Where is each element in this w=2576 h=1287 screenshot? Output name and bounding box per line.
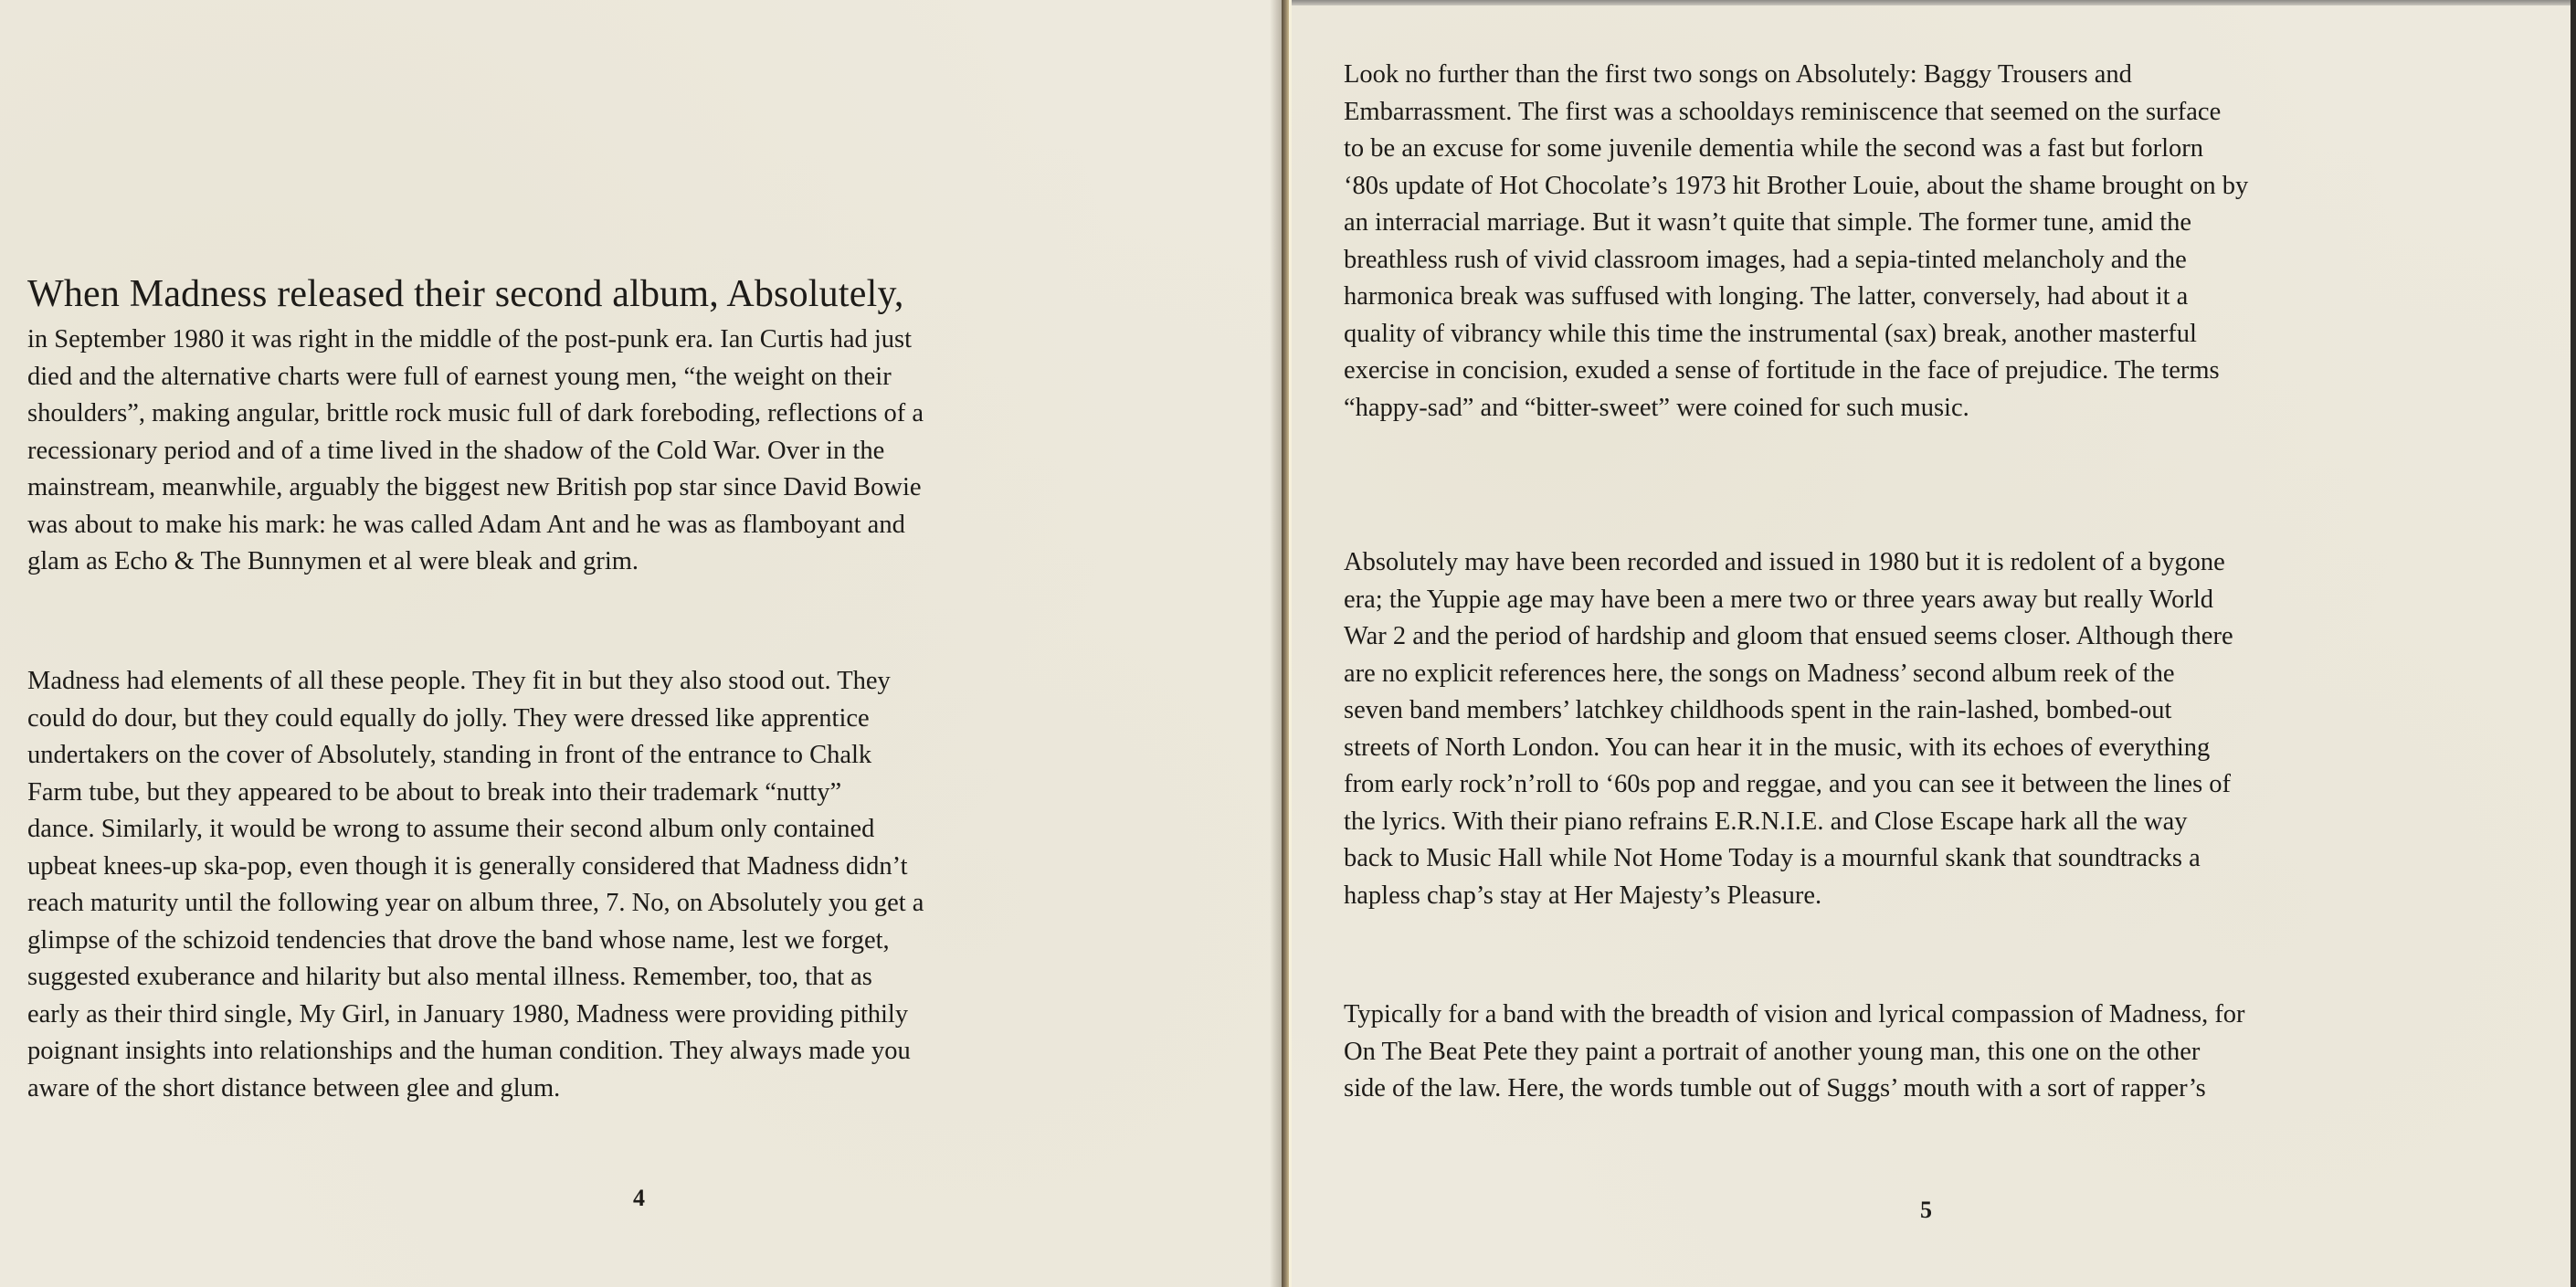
text-line: recessionary period and of a time lived …: [27, 433, 924, 470]
text-line: in September 1980 it was right in the mi…: [27, 322, 924, 359]
text-line: harmonica break was suffused with longin…: [1344, 279, 2248, 316]
text-line: On The Beat Pete they paint a portrait o…: [1344, 1034, 2245, 1071]
text-line: poignant insights into relationships and…: [27, 1033, 924, 1071]
left-paragraph-2: Madness had elements of all these people…: [27, 663, 924, 1107]
text-line: reach maturity until the following year …: [27, 885, 924, 923]
text-line: ‘80s update of Hot Chocolate’s 1973 hit …: [1344, 168, 2248, 206]
text-line: “happy-sad” and “bitter-sweet” were coin…: [1344, 390, 2248, 427]
scan-right-edge: [2571, 0, 2576, 1287]
booklet-spread: When Madness released their second album…: [0, 0, 2576, 1287]
text-line: upbeat knees-up ska-pop, even though it …: [27, 849, 924, 886]
text-line: suggested exuberance and hilarity but al…: [27, 959, 924, 997]
right-paragraph-1: Look no further than the first two songs…: [1344, 57, 2248, 427]
text-line: era; the Yuppie age may have been a mere…: [1344, 582, 2233, 619]
right-paragraph-2: Absolutely may have been recorded and is…: [1344, 544, 2233, 914]
text-line: Madness had elements of all these people…: [27, 663, 924, 701]
left-page: When Madness released their second album…: [0, 0, 1283, 1287]
text-line: Look no further than the first two songs…: [1344, 57, 2248, 94]
text-line: streets of North London. You can hear it…: [1344, 730, 2233, 767]
text-line: an interracial marriage. But it wasn’t q…: [1344, 205, 2248, 242]
text-line: mainstream, meanwhile, arguably the bigg…: [27, 469, 924, 507]
text-line: breathless rush of vivid classroom image…: [1344, 242, 2248, 280]
text-line: from early rock’n’roll to ‘60s pop and r…: [1344, 766, 2233, 804]
text-line: died and the alternative charts were ful…: [27, 359, 924, 396]
text-line: early as their third single, My Girl, in…: [27, 997, 924, 1034]
right-page: Look no further than the first two songs…: [1292, 5, 2571, 1287]
text-line: glam as Echo & The Bunnymen et al were b…: [27, 543, 924, 581]
article-heading: When Madness released their second album…: [27, 272, 904, 316]
text-line: was about to make his mark: he was calle…: [27, 507, 924, 544]
page-number-left: 4: [633, 1185, 645, 1212]
text-line: shoulders”, making angular, brittle rock…: [27, 396, 924, 433]
text-line: aware of the short distance between glee…: [27, 1071, 924, 1108]
right-paragraph-3: Typically for a band with the breadth of…: [1344, 997, 2245, 1108]
text-line: Absolutely may have been recorded and is…: [1344, 544, 2233, 582]
text-line: dance. Similarly, it would be wrong to a…: [27, 811, 924, 849]
text-line: Embarrassment. The first was a schoolday…: [1344, 94, 2248, 132]
text-line: quality of vibrancy while this time the …: [1344, 316, 2248, 353]
text-line: War 2 and the period of hardship and glo…: [1344, 618, 2233, 656]
text-line: exercise in concision, exuded a sense of…: [1344, 353, 2248, 390]
text-line: are no explicit references here, the son…: [1344, 656, 2233, 693]
text-line: Farm tube, but they appeared to be about…: [27, 775, 924, 812]
text-line: hapless chap’s stay at Her Majesty’s Ple…: [1344, 878, 2233, 915]
text-line: back to Music Hall while Not Home Today …: [1344, 840, 2233, 878]
text-line: could do dour, but they could equally do…: [27, 701, 924, 738]
page-number-right: 5: [1920, 1197, 1932, 1224]
text-line: undertakers on the cover of Absolutely, …: [27, 737, 924, 775]
gutter-shadow: [1270, 0, 1283, 1287]
text-line: to be an excuse for some juvenile dement…: [1344, 131, 2248, 168]
gutter-edge: [1282, 0, 1289, 1287]
left-paragraph-1: in September 1980 it was right in the mi…: [27, 322, 924, 581]
text-line: the lyrics. With their piano refrains E.…: [1344, 804, 2233, 841]
text-line: side of the law. Here, the words tumble …: [1344, 1071, 2245, 1108]
text-line: seven band members’ latchkey childhoods …: [1344, 692, 2233, 730]
text-line: glimpse of the schizoid tendencies that …: [27, 923, 924, 960]
text-line: Typically for a band with the breadth of…: [1344, 997, 2245, 1034]
